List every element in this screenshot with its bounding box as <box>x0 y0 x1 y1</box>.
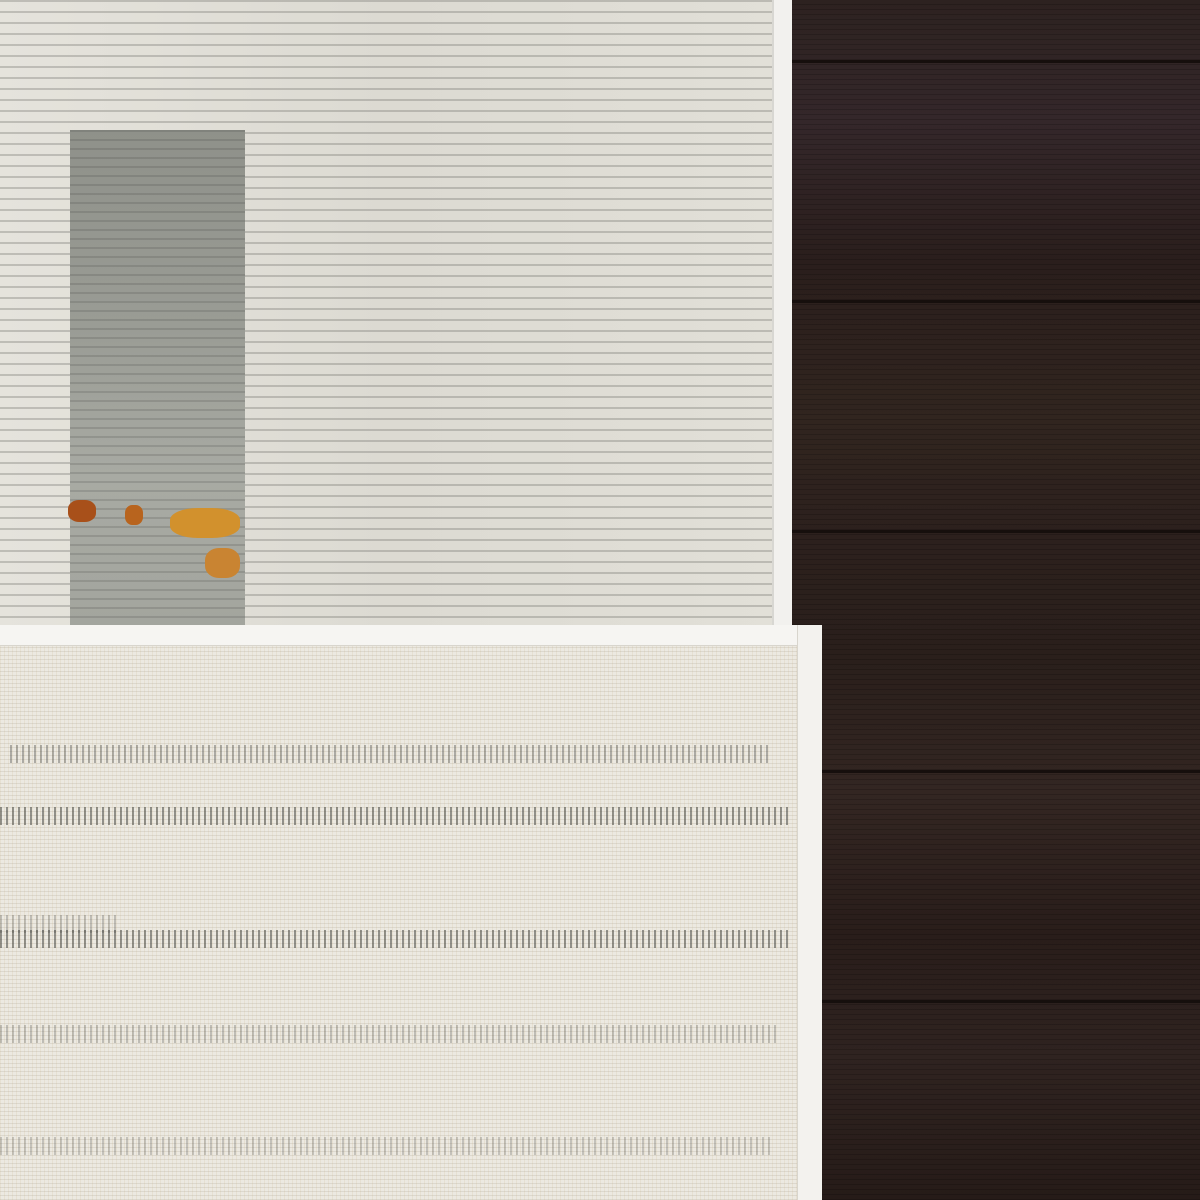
rug-backing <box>0 625 822 1200</box>
rug-front-pile <box>0 0 790 625</box>
plank-seam <box>790 1000 1200 1003</box>
plank-seam <box>790 530 1200 533</box>
plank-seam <box>790 770 1200 773</box>
gold-accent <box>170 508 240 538</box>
rug-front-binding <box>772 0 792 625</box>
plank-seam <box>790 300 1200 303</box>
rust-accent <box>68 500 96 522</box>
plank-seam <box>790 60 1200 63</box>
weave-pattern-row <box>0 807 790 825</box>
rust-accent <box>125 505 143 525</box>
gold-accent <box>205 548 240 578</box>
weave-pattern-row <box>0 1025 780 1043</box>
weave-pattern-row <box>10 745 770 763</box>
wood-floor <box>790 0 1200 1200</box>
backing-binding-right <box>797 625 822 1200</box>
weave-pattern-row <box>0 1137 770 1155</box>
backing-binding-top <box>0 625 822 646</box>
weave-pattern-row <box>0 930 790 948</box>
